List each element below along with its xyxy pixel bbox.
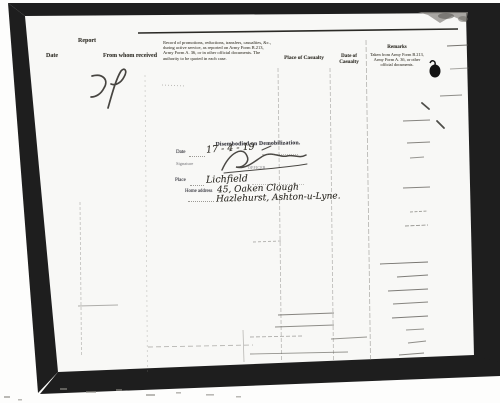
date-column-header: Date	[46, 53, 58, 59]
stamp-address-label: Home address	[185, 189, 212, 194]
remarks-note: Taken from Army Form B.213, Army Form A.…	[369, 52, 425, 67]
stamp-officer-note: OFFICER	[248, 166, 266, 170]
scanned-document-page: Report Date From whom received Record of…	[0, 0, 500, 403]
stamp-date-leader	[189, 155, 205, 157]
stamp-address-leader	[188, 200, 214, 202]
record-note: Record of promotions, reductions, transf…	[163, 40, 273, 61]
from-whom-column-header: From whom received	[90, 53, 170, 59]
stamp-place-leader	[190, 184, 204, 186]
printed-text-layer: Report Date From whom received Record of…	[0, 0, 500, 403]
stamp-address-line2: Hazlehurst, Ashton-u-Lyne.	[216, 191, 341, 204]
stamp-signature-label: Signature	[176, 161, 193, 166]
stamp-place-label: Place	[175, 178, 186, 183]
stamp-date-trailing-leader	[262, 153, 298, 155]
remarks-header: Remarks	[371, 45, 423, 50]
stamp-date-value: 17 - 4 - 19	[206, 141, 255, 155]
stamp-date-label: Date	[176, 150, 185, 155]
report-column-header: Report	[78, 38, 96, 44]
date-of-casualty-header: Date of Casualty	[333, 53, 365, 65]
place-of-casualty-header: Place of Casualty	[279, 55, 329, 61]
